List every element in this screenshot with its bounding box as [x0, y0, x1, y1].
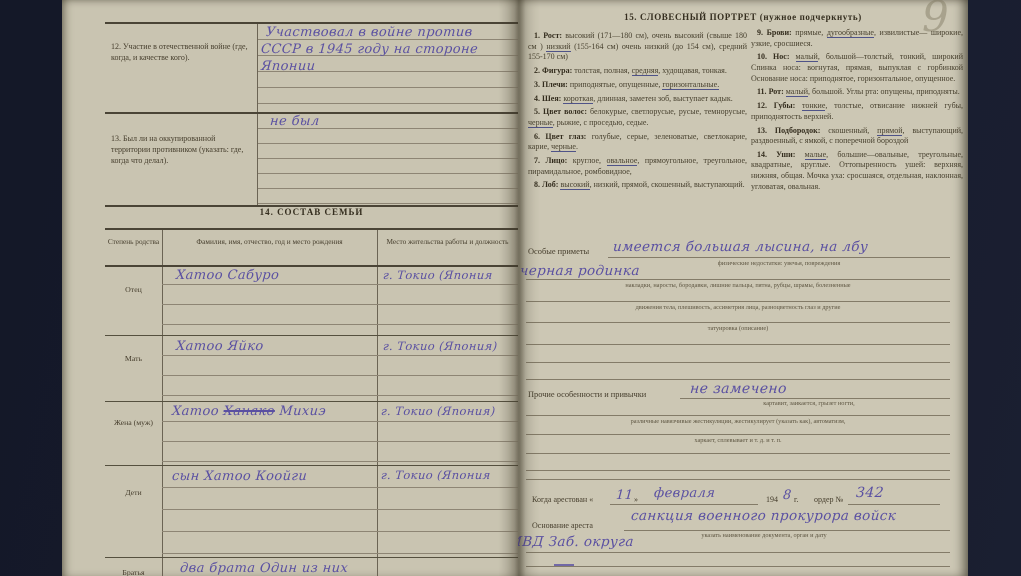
- item-number: 14.: [757, 150, 767, 159]
- handwritten-answer-line: не был: [269, 114, 320, 129]
- arrest-basis-row: Основание ареста санкция военного прокур…: [526, 508, 956, 576]
- wife-surname: Хатоо: [171, 404, 219, 419]
- portrait-item-ears: 14. Уши: малые, большие—овальные, треуго…: [751, 150, 963, 192]
- residence-cell: г. Токио (Япония: [377, 466, 518, 558]
- column-header-residence: Место жительства работы и должность: [381, 237, 514, 246]
- year-printed: 194: [766, 495, 778, 504]
- family-row-children: Дети сын Хатоо Коойги г. Токио (Япония: [105, 465, 518, 558]
- question-12-answer-area: Участвовал в войне против СССР в 1945 го…: [257, 24, 518, 114]
- scanned-questionnaire-photo: 12. Участие в отечественной войне (где, …: [0, 0, 1021, 576]
- family-table: Степень родства Фамилия, имя, отчество, …: [105, 228, 518, 576]
- form-blank-line: [526, 470, 950, 471]
- form-blank-line: [526, 344, 950, 345]
- relation-label: Братья: [105, 568, 162, 576]
- item-options: высокий, низкий, прямой, скошенный, выст…: [560, 180, 744, 190]
- name-cell: Хатоо Яйко: [162, 336, 377, 402]
- handwritten-name: два брата Один из них: [179, 561, 348, 576]
- portrait-item-chin: 13. Подбородок: скошенный, прямой, высту…: [751, 126, 963, 147]
- item-label: Брови:: [767, 28, 792, 37]
- family-section-title: 14. СОСТАВ СЕМЬИ: [105, 207, 518, 217]
- item-options: толстая, полная, средняя, худощавая, тон…: [574, 66, 727, 76]
- item-number: 7.: [534, 156, 540, 165]
- item-number: 12.: [757, 101, 767, 110]
- residence-cell: [377, 558, 518, 576]
- year-suffix: г.: [794, 495, 798, 504]
- name-cell: сын Хатоо Коойги: [162, 466, 377, 558]
- item-number: 11.: [757, 87, 767, 96]
- residence-cell: г. Токио (Япония): [377, 336, 518, 402]
- handwritten-residence: г. Токио (Япония): [381, 404, 497, 418]
- portrait-item-hair-color: 5. Цвет волос: белокурые, светлорусые, р…: [528, 107, 747, 128]
- wife-given-name: Михиэ: [279, 404, 327, 419]
- name-cell: два брата Один из них: [162, 558, 377, 576]
- item-label: Цвет волос:: [543, 107, 587, 116]
- form-blank-line: [608, 257, 950, 258]
- portrait-item-lips: 12. Губы: тонкие, толстые, отвисание ниж…: [751, 101, 963, 122]
- column-header-relation: Степень родства: [105, 237, 162, 246]
- struck-out-name: Ханако: [223, 404, 275, 419]
- form-blank-line: [526, 415, 950, 416]
- question-13-answer-area: не был: [257, 114, 518, 205]
- handwritten-residence: г. Токио (Япония: [383, 268, 494, 282]
- portrait-item-figure: 2. Фигура: толстая, полная, средняя, худ…: [528, 66, 747, 77]
- blank-line-caption: физические недостатки: увечья, поврежден…: [608, 260, 950, 267]
- portrait-item-shoulders: 3. Плечи: приподнятые, опущенные, горизо…: [528, 80, 747, 91]
- handwritten-arrest-basis-line2: МВД Заб. округа: [518, 534, 634, 550]
- item-number: 1.: [534, 31, 540, 40]
- item-label: Нос:: [773, 52, 789, 61]
- item-label: Фигура:: [542, 66, 572, 75]
- arrest-date-row: Когда арестован « 11 » февраля 194 8 г. …: [526, 488, 956, 508]
- handwritten-arrest-day: 11: [615, 488, 633, 503]
- handwritten-special-marks-line1: имеется большая лысина, на лбу: [612, 239, 868, 255]
- item-label: Рост:: [543, 31, 562, 40]
- quote-close: »: [634, 495, 638, 504]
- blank-line-caption: татуировка (описание): [526, 325, 950, 332]
- family-table-header: Степень родства Фамилия, имя, отчество, …: [105, 230, 518, 267]
- item-label: Губы:: [774, 101, 796, 110]
- portrait-item-nose: 10. Нос: малый, большой—толстый, тонкий,…: [751, 52, 963, 84]
- portrait-item-eyebrows: 9. Брови: прямые, дугообразные, извилист…: [751, 28, 963, 49]
- handwritten-order-number: 342: [855, 485, 884, 501]
- item-number: 2.: [534, 66, 540, 75]
- blank-line-caption: картавит, заикается, грызет ногти,: [668, 400, 950, 407]
- portrait-item-face: 7. Лицо: круглое, овальное, прямоугольно…: [528, 156, 747, 177]
- form-blank-line: [624, 530, 950, 531]
- item-options: малый, большой. Углы рта: опущены, припо…: [786, 87, 960, 97]
- question-13-label: 13. Был ли на оккупированной территории …: [111, 134, 255, 166]
- handwritten-answer-line: Японии: [260, 59, 315, 74]
- relation-label: Мать: [105, 354, 162, 363]
- handwritten-answer-line: Участвовал в войне против: [265, 25, 473, 40]
- portrait-item-mouth: 11. Рот: малый, большой. Углы рта: опуще…: [751, 87, 963, 98]
- blank-line-caption: различные навязчивые жестикуляции, жести…: [526, 418, 950, 425]
- arrest-when-label: Когда арестован «: [532, 495, 593, 504]
- portrait-item-eye-color: 6. Цвет глаз: голубые, серые, зеленоваты…: [528, 132, 747, 153]
- question-13-block: 13. Был ли на оккупированной территории …: [105, 112, 518, 207]
- handwritten-habits: не замечено: [689, 381, 787, 397]
- item-label: Шея:: [542, 94, 561, 103]
- item-label: Подбородок:: [775, 126, 820, 135]
- form-blank-line: [526, 552, 950, 553]
- blank-line-caption: накладки, наросты, бородавки, лишние пал…: [526, 282, 950, 289]
- family-row-wife: Жена (муж) Хатоо Ханако Михиэ г. Токио (…: [105, 401, 518, 466]
- item-label: Рот:: [769, 87, 784, 96]
- item-options: короткая, длинная, заметен зоб, выступае…: [563, 94, 732, 104]
- item-label: Уши:: [776, 150, 795, 159]
- order-label: ордер №: [814, 495, 843, 504]
- handwritten-arrest-basis-line1: санкция военного прокурора войск: [630, 508, 896, 524]
- blank-line-caption: движения тела, плешивость, ассиметрия ли…: [526, 304, 950, 311]
- column-header-name: Фамилия, имя, отчество, год и место рожд…: [167, 237, 372, 246]
- questionnaire-right-page: 9 15. СЛОВЕСНЫЙ ПОРТРЕТ (нужное подчеркн…: [518, 0, 968, 576]
- question-12-label: 12. Участие в отечественной войне (где, …: [111, 42, 255, 64]
- verbal-portrait-title: 15. СЛОВЕСНЫЙ ПОРТРЕТ (нужное подчеркнут…: [518, 12, 968, 22]
- form-blank-line: [526, 362, 950, 363]
- portrait-item-forehead: 8. Лоб: высокий, низкий, прямой, скошенн…: [528, 180, 747, 191]
- residence-cell: г. Токио (Япония): [377, 402, 518, 466]
- item-label: Плечи:: [542, 80, 568, 89]
- form-blank-line: [610, 504, 758, 505]
- family-row-father: Отец Хатоо Сабуро г. Токио (Япония: [105, 265, 518, 335]
- relation-label: Жена (муж): [105, 418, 162, 427]
- arrest-basis-label: Основание ареста: [532, 521, 593, 530]
- family-row-mother: Мать Хатоо Яйко г. Токио (Япония): [105, 335, 518, 402]
- item-number: 9.: [757, 28, 763, 37]
- name-cell: Хатоо Ханако Михиэ: [162, 402, 377, 466]
- handwritten-name: Хатоо Ханако Михиэ: [171, 404, 326, 419]
- item-number: 8.: [534, 180, 540, 189]
- item-number: 3.: [534, 80, 540, 89]
- question-12-block: 12. Участие в отечественной войне (где, …: [105, 22, 518, 114]
- relation-label: Дети: [105, 488, 162, 497]
- item-number: 6.: [534, 132, 540, 141]
- relation-label: Отец: [105, 285, 162, 294]
- form-blank-line: [526, 279, 950, 280]
- item-label: Лицо:: [545, 156, 567, 165]
- handwritten-year-digit: 8: [782, 488, 792, 503]
- name-cell: Хатоо Сабуро: [162, 265, 377, 335]
- portrait-item-neck: 4. Шея: короткая, длинная, заметен зоб, …: [528, 94, 747, 105]
- item-number: 4.: [534, 94, 540, 103]
- item-number: 5.: [534, 107, 540, 116]
- habits-label: Прочие особенности и привычки: [528, 390, 646, 399]
- form-blank-line: [680, 398, 950, 399]
- form-blank-line: [848, 504, 940, 505]
- form-blank-line: [526, 379, 950, 380]
- form-blank-line: [526, 301, 950, 302]
- portrait-column-right: 9. Брови: прямые, дугообразные, извилист…: [751, 28, 963, 195]
- form-blank-line: [526, 434, 950, 435]
- form-blank-line: [526, 566, 950, 567]
- handwritten-name: Хатоо Яйко: [175, 339, 264, 354]
- form-blank-line: [526, 479, 950, 480]
- blank-line-caption: указать наименование документа, орган и …: [624, 532, 904, 539]
- blank-line-caption: харкает, сплевывает и т. д. и т. п.: [526, 437, 950, 444]
- item-label: Цвет глаз:: [545, 132, 586, 141]
- handwritten-name: сын Хатоо Коойги: [171, 469, 307, 484]
- family-row-brothers: Братья два брата Один из них: [105, 557, 518, 576]
- form-blank-line: [526, 322, 950, 323]
- item-number: 10.: [757, 52, 767, 61]
- handwritten-name: Хатоо Сабуро: [175, 268, 279, 283]
- handwritten-residence: г. Токио (Япония): [383, 339, 499, 353]
- handwritten-answer-line: СССР в 1945 году на стороне: [260, 42, 478, 57]
- handwritten-arrest-month: февраля: [653, 486, 715, 501]
- portrait-column-left: 1. Рост: высокий (171—180 см), очень выс…: [528, 31, 747, 194]
- item-label: Лоб:: [542, 180, 558, 189]
- item-number: 13.: [757, 126, 767, 135]
- item-options: приподнятые, опущенные, горизонтальные.: [570, 80, 719, 90]
- handwritten-residence: г. Токио (Япония: [381, 468, 492, 482]
- portrait-item-height: 1. Рост: высокий (171—180 см), очень выс…: [528, 31, 747, 63]
- residence-cell: г. Токио (Япония: [377, 265, 518, 335]
- form-blank-line: [526, 453, 950, 454]
- special-marks-label: Особые приметы: [528, 247, 589, 256]
- questionnaire-left-page: 12. Участие в отечественной войне (где, …: [62, 0, 518, 576]
